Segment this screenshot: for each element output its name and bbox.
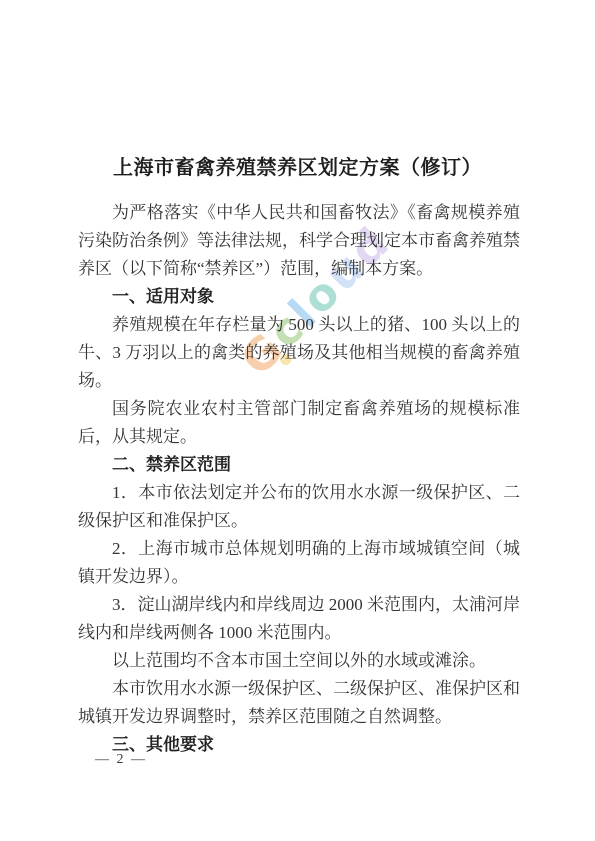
paragraph-state-standard: 国务院农业农村主管部门制定畜禽养殖场的规模标准后，从其规定。 — [78, 395, 520, 451]
paragraph-scope-note: 以上范围均不含本市国土空间以外的水域或滩涂。 — [78, 647, 520, 675]
document-page: Gcloud 上海市畜禽养殖禁养区划定方案（修订） 为严格落实《中华人民共和国畜… — [0, 0, 595, 841]
paragraph-adjustment: 本市饮用水水源一级保护区、二级保护区、准保护区和城镇开发边界调整时，禁养区范围随… — [78, 675, 520, 731]
paragraph-item-1: 1．本市依法划定并公布的饮用水水源一级保护区、二级保护区和准保护区。 — [78, 479, 520, 535]
page-number: — 2 — — [95, 752, 147, 768]
section-heading-1: 一、适用对象 — [78, 283, 520, 311]
document-title: 上海市畜禽养殖禁养区划定方案（修订） — [0, 151, 595, 180]
paragraph-item-2: 2．上海市城市总体规划明确的上海市域城镇空间（城镇开发边界）。 — [78, 535, 520, 591]
paragraph-intro: 为严格落实《中华人民共和国畜牧法》《畜禽规模养殖污染防治条例》等法律法规，科学合… — [78, 199, 520, 283]
section-heading-2: 二、禁养区范围 — [78, 451, 520, 479]
paragraph-item-3: 3．淀山湖岸线内和岸线周边 2000 米范围内，太浦河岸线内和岸线两侧各 100… — [78, 591, 520, 647]
paragraph-scale-definition: 养殖规模在年存栏量为 500 头以上的猪、100 头以上的牛、3 万羽以上的禽类… — [78, 311, 520, 395]
document-body: 为严格落实《中华人民共和国畜牧法》《畜禽规模养殖污染防治条例》等法律法规，科学合… — [78, 199, 520, 759]
